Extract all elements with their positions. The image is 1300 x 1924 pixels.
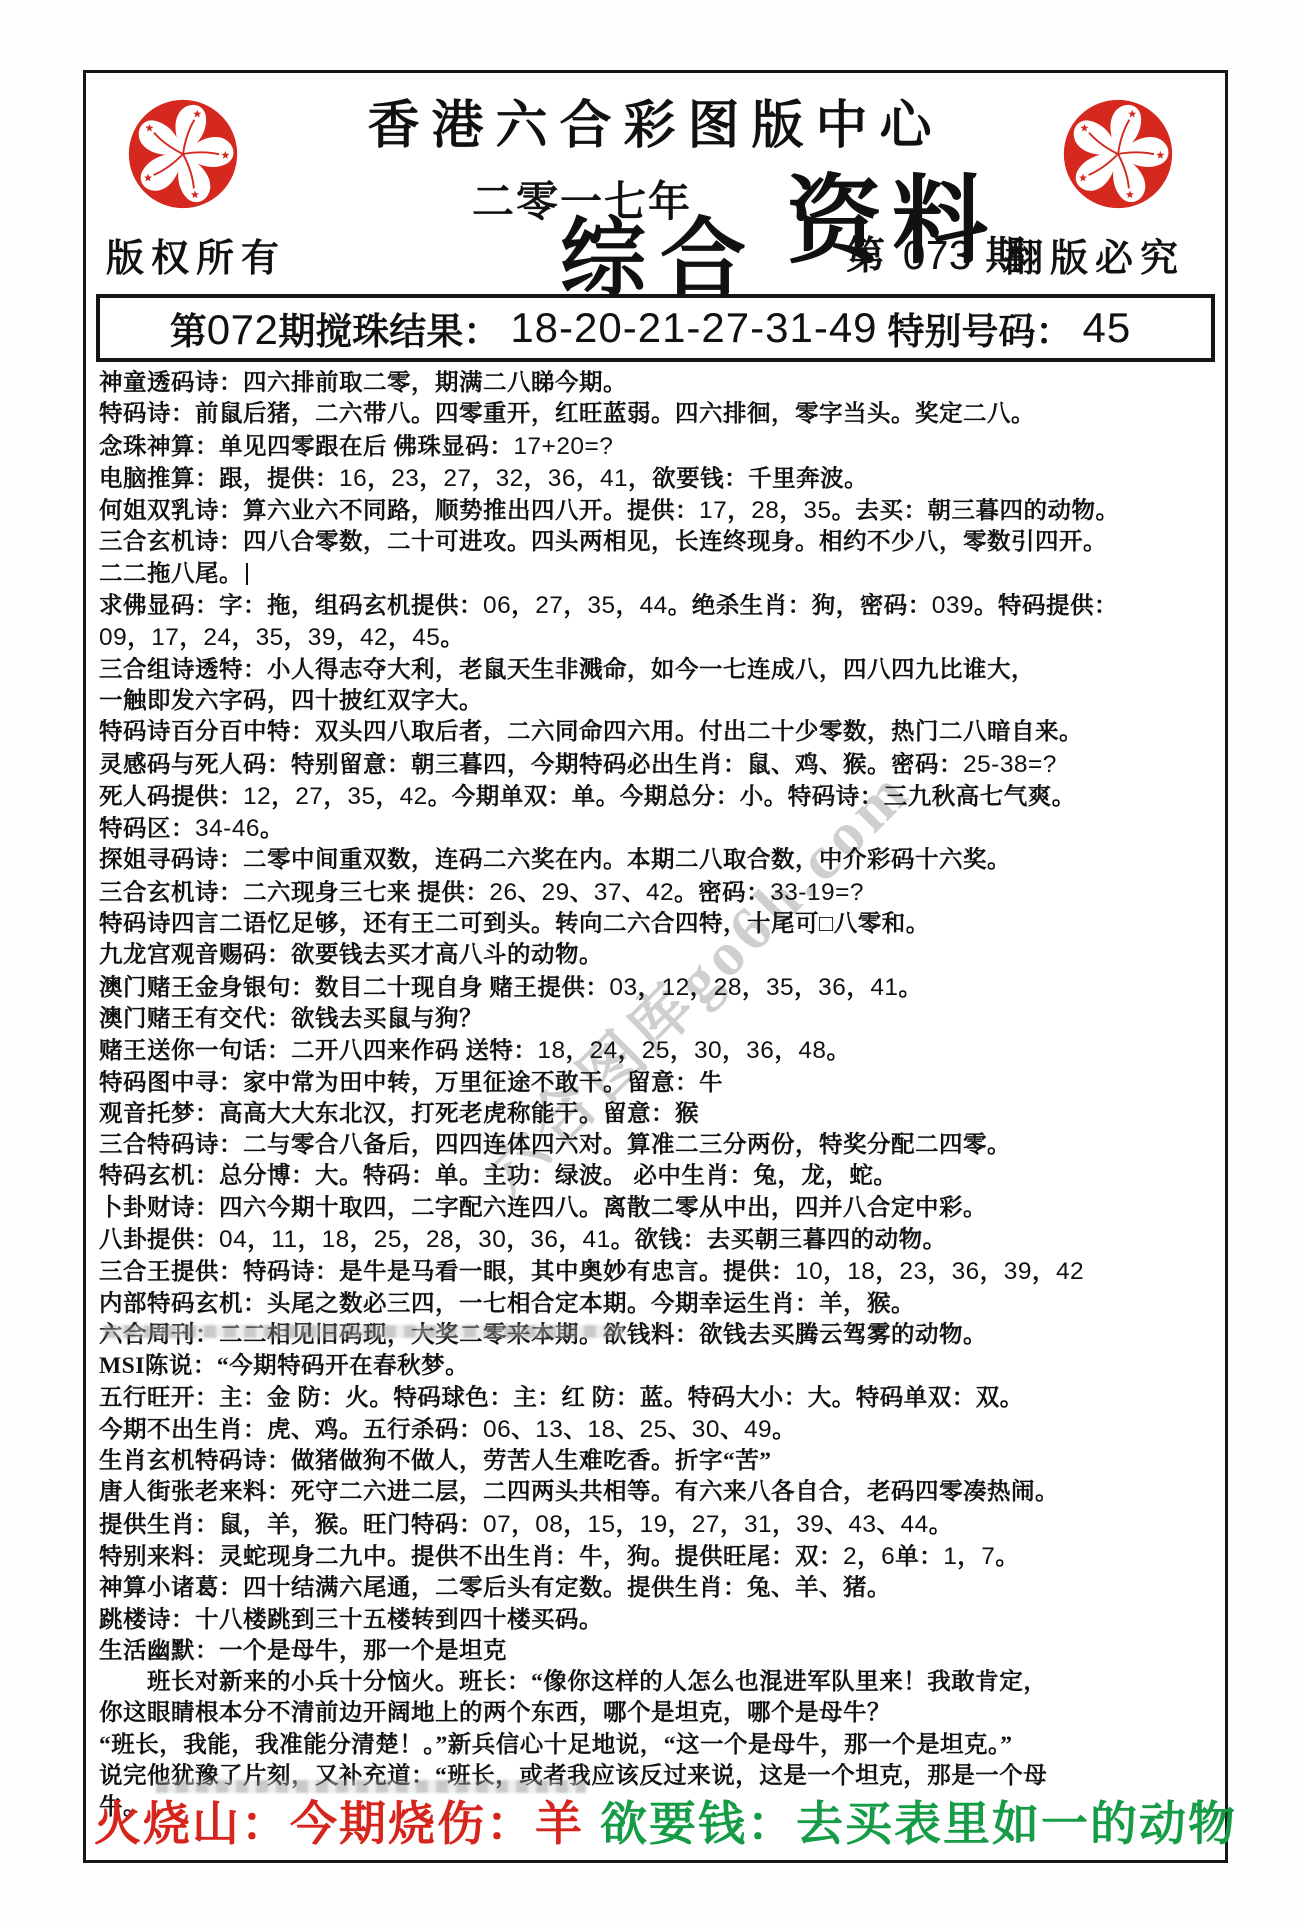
body-line: 特码诗：前鼠后猪，二六带八。四零重开，红旺蓝弱。四六排徊，零字当头。奖定二八。 bbox=[99, 399, 1219, 430]
body-line: 特码区：34-46。 bbox=[99, 813, 1219, 845]
body-line: 五行旺开：主：金 防：火。特码球色：主：红 防：蓝。特码大小：大。特码单双：双。 bbox=[99, 1383, 1219, 1414]
body-line: 特码诗百分百中特：双头四八取后者，二六同命四六用。付出二十少零数，热门二八暗自来… bbox=[99, 717, 1219, 748]
body-line: 特码诗四言二语忆足够，还有王二可到头。转向二六合四特，十尾可□八零和。 bbox=[99, 909, 1219, 940]
body-line: 灵感码与死人码：特别留意：朝三暮四，今期特码必出生肖：鼠、鸡、猴。密码：25-3… bbox=[99, 749, 1219, 781]
body-line: 赌王送你一句话：二开八四来作码 送特：18，24，25，30，36，48。 bbox=[99, 1035, 1219, 1067]
body-line: 死人码提供：12，27，35，42。今期单双：单。今期总分：小。特码诗：三九秋高… bbox=[99, 781, 1219, 813]
body-line: 念珠神算：单见四零跟在后 佛珠显码：17+20=? bbox=[99, 431, 1219, 463]
body-line: MSI陈说：“今期特码开在春秋梦。 bbox=[99, 1351, 1219, 1382]
body-line: 特码图中寻：家中常为田中转，万里征途不敢干。留意：牛 bbox=[99, 1068, 1219, 1099]
body-line: 一触即发六字码，四十披红双字大。 bbox=[99, 686, 1219, 717]
body-line: 生活幽默：一个是母牛，那一个是坦克 bbox=[99, 1636, 1219, 1667]
body-line: 卜卦财诗：四六今期十取四，二字配六连四八。离散二零从中出，四并八合定中彩。 bbox=[99, 1193, 1219, 1224]
copyright-notice: 版权所有 bbox=[106, 227, 286, 282]
footer-fire-text: 火烧山：今期烧伤：羊 bbox=[94, 1799, 584, 1851]
footer-prediction-line: 火烧山：今期烧伤：羊欲要钱：去买表里如一的动物 bbox=[86, 1787, 1225, 1854]
body-line: 澳门赌王有交代：欲钱去买鼠与狗？ bbox=[99, 1004, 1219, 1035]
body-line: 班长对新来的小兵十分恼火。班长：“像你这样的人怎么也混进军队里来！我敢肯定， bbox=[99, 1667, 1219, 1698]
anti-piracy-notice: 翻版必究 bbox=[1005, 227, 1185, 282]
bauhinia-logo-icon bbox=[126, 97, 240, 211]
body-line: 唐人街张老来料：死守二六进二层，二四两头共相等。有六来八各自合，老码四零凑热闹。 bbox=[99, 1477, 1219, 1508]
tips-text-block: 神童透码诗：四六排前取二零，期满二八睇今期。特码诗：前鼠后猪，二六带八。四零重开… bbox=[99, 368, 1219, 1824]
body-line: “班长，我能，我准能分清楚！。”新兵信心十足地说，“这一个是母牛，那一个是坦克。… bbox=[99, 1730, 1219, 1761]
body-line: 提供生肖：鼠，羊，猴。旺门特码：07，08，15，19，27，31，39、43、… bbox=[99, 1509, 1219, 1541]
result-label: 第072期搅珠结果： bbox=[170, 301, 501, 355]
body-line: 神童透码诗：四六排前取二零，期满二八睇今期。 bbox=[99, 368, 1219, 399]
result-numbers: 18-20-21-27-31-49 bbox=[510, 304, 877, 352]
special-number-label: 特别号码： bbox=[888, 301, 1073, 355]
faded-print-artifact bbox=[104, 1325, 624, 1338]
body-line: 你这眼睛根本分不清前边开阔地上的两个东西，哪个是坦克，哪个是母牛？ bbox=[99, 1698, 1219, 1729]
body-line: 生肖玄机特码诗：做猪做狗不做人，劳苦人生难吃香。折字“苦” bbox=[99, 1446, 1219, 1477]
body-line: 三合玄机诗：二六现身三七来 提供：26、29、37、42。密码：33-19=? bbox=[99, 877, 1219, 909]
body-line: 何姐双乳诗：算六业六不同路，顺势推出四八开。提供：17，28，35。去买：朝三暮… bbox=[99, 495, 1219, 527]
body-line: 求佛显码：字：拖，组码玄机提供：06，27，35，44。绝杀生肖：狗，密码：03… bbox=[99, 590, 1219, 622]
body-line: 观音托梦：高高大大东北汉，打死老虎称能干。留意：猴 bbox=[99, 1099, 1219, 1130]
body-line: 跳楼诗：十八楼跳到三十五楼转到四十楼买码。 bbox=[99, 1605, 1219, 1636]
body-line: 三合特码诗：二与零合八备后，四四连体四六对。算准二三分两份，特奖分配二四零。 bbox=[99, 1130, 1219, 1161]
body-line: 特别来料：灵蛇现身二九中。提供不出生肖：牛，狗。提供旺尾：双：2，6单：1，7。 bbox=[99, 1541, 1219, 1573]
body-line: 今期不出生肖：虎、鸡。五行杀码：06、13、18、25、30、49。 bbox=[99, 1414, 1219, 1446]
issue-number: 第 073 期 bbox=[846, 225, 1029, 281]
body-line: 澳门赌王金身银句：数目二十现自身 赌王提供：03，12，28，35，36，41。 bbox=[99, 972, 1219, 1004]
body-line: 二二拖八尾。 bbox=[99, 559, 1219, 590]
special-number-value: 45 bbox=[1083, 304, 1132, 352]
body-line: 三合组诗透特：小人得志夺大利，老鼠天生非溅命，如今一七连成八，四八四九比谁大， bbox=[99, 655, 1219, 686]
body-line: 电脑推算：跟，提供：16，23，27，32，36，41，欲要钱：千里奔波。 bbox=[99, 463, 1219, 495]
body-line: 内部特码玄机：头尾之数必三四，一七相合定本期。今期幸运生肖：羊，猴。 bbox=[99, 1289, 1219, 1320]
bauhinia-logo-icon bbox=[1061, 97, 1175, 211]
body-line: 09，17，24，35，39，42，45。 bbox=[99, 622, 1219, 654]
lottery-sheet-page: 香港六合彩图版中心 二零一七年 综合 资料 第 073 期 版权所有 翻版必究 … bbox=[0, 0, 1300, 1924]
sheet-border: 香港六合彩图版中心 二零一七年 综合 资料 第 073 期 版权所有 翻版必究 … bbox=[83, 70, 1228, 1863]
previous-draw-result-bar: 第072期搅珠结果： 18-20-21-27-31-49 特别号码： 45 bbox=[96, 294, 1215, 362]
body-line: 三合王提供：特码诗：是牛是马看一眼，其中奥妙有忠言。提供：10，18，23，36… bbox=[99, 1256, 1219, 1288]
body-line: 八卦提供：04，11，18，25，28，30，36，41。欲钱：去买朝三暮四的动… bbox=[99, 1224, 1219, 1256]
footer-money-text: 欲要钱：去买表里如一的动物 bbox=[600, 1799, 1237, 1851]
body-line: 神算小诸葛：四十结满六尾通，二零后头有定数。提供生肖：兔、羊、猪。 bbox=[99, 1573, 1219, 1604]
body-line: 九龙宫观音赐码：欲要钱去买才高八斗的动物。 bbox=[99, 940, 1219, 971]
body-line: 探姐寻码诗：二零中间重双数，连码二六奖在内。本期二八取合数，中介彩码十六奖。 bbox=[99, 845, 1219, 876]
body-line: 三合玄机诗：四八合零数，二十可进攻。四头两相见，长连终现身。相约不少八，零数引四… bbox=[99, 527, 1219, 558]
body-line: 特码玄机：总分博：大。特码：单。主功：绿波。 必中生肖：兔，龙，蛇。 bbox=[99, 1161, 1219, 1192]
